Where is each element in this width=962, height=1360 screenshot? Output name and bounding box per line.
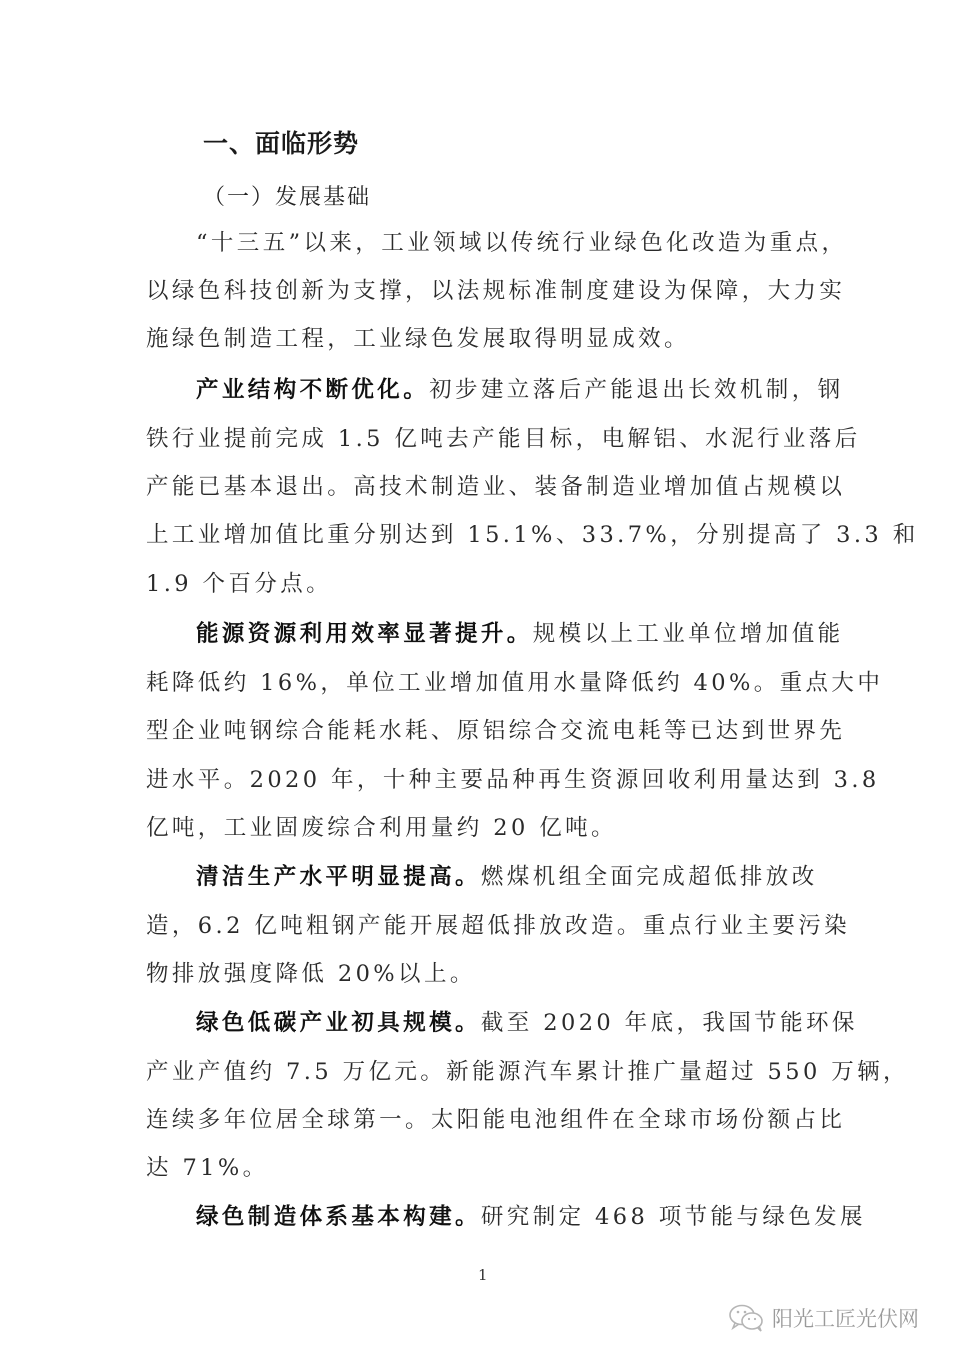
text-line: 产业产值约 7.5 万亿元。新能源汽车累计推广量超过 550 万辆， [146, 1057, 826, 1087]
document-page: 一、面临形势 （一）发展基础 “十三五”以来，工业领域以传统行业绿色化改造为重点… [0, 0, 962, 1360]
text-line: 上工业增加值比重分别达到 15.1%、33.7%，分别提高了 3.3 和 [146, 520, 826, 550]
line-text: 型企业吨钢综合能耗水耗、原铝综合交流电耗等已达到世界先 [146, 718, 845, 744]
line-text: 以绿色科技创新为支撑，以法规标准制度建设为保障，大力实 [146, 278, 845, 304]
paragraph-lead: 绿色制造体系基本构建。 [196, 1204, 481, 1230]
text-line: 产业结构不断优化。初步建立落后产能退出长效机制，钢 [196, 375, 876, 405]
line-text: 进水平。2020 年，十种主要品种再生资源回收利用量达到 3.8 [146, 767, 880, 793]
line-text: 连续多年位居全球第一。太阳能电池组件在全球市场份额占比 [146, 1107, 845, 1133]
watermark-text: 阳光工匠光伏网 [772, 1303, 919, 1333]
text-line: 清洁生产水平明显提高。燃煤机组全面完成超低排放改 [196, 862, 876, 892]
line-text: 产业产值约 7.5 万亿元。新能源汽车累计推广量超过 550 万辆， [146, 1059, 909, 1085]
text-line: 1.9 个百分点。 [146, 569, 826, 599]
line-text: 研究制定 468 项节能与绿色发展 [481, 1204, 866, 1230]
paragraph-lead: 清洁生产水平明显提高。 [196, 864, 481, 890]
line-text: 铁行业提前完成 1.5 亿吨去产能目标，电解铝、水泥行业落后 [146, 426, 861, 452]
wechat-icon [728, 1303, 766, 1333]
line-text: 亿吨，工业固废综合利用量约 20 亿吨。 [146, 815, 617, 841]
paragraph-lead: 产业结构不断优化。 [196, 377, 429, 403]
paragraph-lead: 绿色低碳产业初具规模。 [196, 1010, 481, 1036]
page-number: 1 [478, 1266, 488, 1284]
text-line: 物排放强度降低 20%以上。 [146, 959, 826, 989]
line-text: 施绿色制造工程，工业绿色发展取得明显成效。 [146, 326, 690, 352]
text-line: 能源资源利用效率显著提升。规模以上工业单位增加值能 [196, 619, 876, 649]
line-text: 达 71%。 [146, 1155, 269, 1181]
line-text: “十三五”以来，工业领域以传统行业绿色化改造为重点， [196, 230, 847, 256]
line-text: 燃煤机组全面完成超低排放改 [481, 864, 818, 890]
line-text: 1.9 个百分点。 [146, 571, 332, 597]
text-line: 施绿色制造工程，工业绿色发展取得明显成效。 [146, 324, 826, 354]
line-text: 产能已基本退出。高技术制造业、装备制造业增加值占规模以 [146, 474, 845, 500]
text-line: 产能已基本退出。高技术制造业、装备制造业增加值占规模以 [146, 472, 826, 502]
line-text: 上工业增加值比重分别达到 15.1%、33.7%，分别提高了 3.3 和 [146, 522, 919, 548]
line-text: 物排放强度降低 20%以上。 [146, 961, 476, 987]
line-text: 耗降低约 16%，单位工业增加值用水量降低约 40%。重点大中 [146, 670, 883, 696]
text-line: 连续多年位居全球第一。太阳能电池组件在全球市场份额占比 [146, 1105, 826, 1135]
subsection-heading: （一）发展基础 [203, 180, 371, 211]
watermark: 阳光工匠光伏网 [728, 1303, 919, 1333]
line-text: 初步建立落后产能退出长效机制，钢 [429, 377, 843, 403]
text-line: 以绿色科技创新为支撑，以法规标准制度建设为保障，大力实 [146, 276, 826, 306]
text-line: 型企业吨钢综合能耗水耗、原铝综合交流电耗等已达到世界先 [146, 716, 826, 746]
text-line: 进水平。2020 年，十种主要品种再生资源回收利用量达到 3.8 [146, 765, 826, 795]
text-line: 耗降低约 16%，单位工业增加值用水量降低约 40%。重点大中 [146, 668, 826, 698]
text-line: 亿吨，工业固废综合利用量约 20 亿吨。 [146, 813, 826, 843]
text-line: 造，6.2 亿吨粗钢产能开展超低排放改造。重点行业主要污染 [146, 911, 826, 941]
line-text: 截至 2020 年底，我国节能环保 [481, 1010, 858, 1036]
text-line: 绿色低碳产业初具规模。截至 2020 年底，我国节能环保 [196, 1008, 876, 1038]
section-heading: 一、面临形势 [203, 124, 359, 160]
line-text: 造，6.2 亿吨粗钢产能开展超低排放改造。重点行业主要污染 [146, 913, 850, 939]
text-line: “十三五”以来，工业领域以传统行业绿色化改造为重点， [196, 228, 876, 258]
text-line: 达 71%。 [146, 1153, 826, 1183]
text-line: 绿色制造体系基本构建。研究制定 468 项节能与绿色发展 [196, 1202, 876, 1232]
text-line: 铁行业提前完成 1.5 亿吨去产能目标，电解铝、水泥行业落后 [146, 424, 826, 454]
line-text: 规模以上工业单位增加值能 [533, 621, 844, 647]
paragraph-lead: 能源资源利用效率显著提升。 [196, 621, 533, 647]
